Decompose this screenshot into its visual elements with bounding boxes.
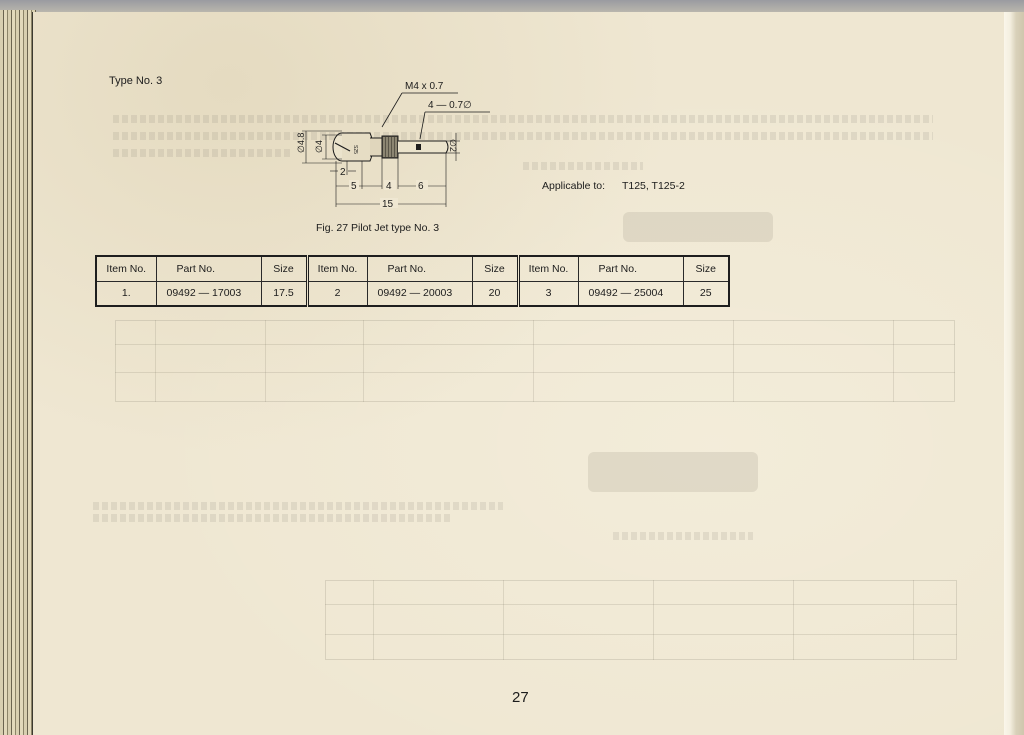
table-header-row: Item No. Part No. Size Item No. Part No.… [96,256,729,281]
callout-diam-inner: ∅4 [314,140,324,153]
header-part-no: Part No. [367,256,472,281]
pilot-jet-diagram-icon: M4 x 0.7 4 — 0.7∅ S25 ∅4.8 ∅4 [270,75,490,220]
callout-len-slot: 2 [340,167,346,178]
parts-table: Item No. Part No. Size Item No. Part No.… [95,255,730,307]
item-no-cell: 2 [307,281,367,306]
callout-orifice: 4 — 0.7∅ [428,100,472,111]
table-row: 1. 09492 — 17003 17.5 2 09492 — 20003 20… [96,281,729,306]
page-right-edge [1004,12,1024,735]
header-item-no: Item No. [518,256,578,281]
callout-len-thread: 4 [386,181,392,192]
section-label: Type No. 3 [109,75,162,87]
applicable-label: Applicable to: [542,180,605,192]
callout-len-total: 15 [382,199,394,210]
part-no-cell: 09492 — 17003 [156,281,261,306]
callout-thread: M4 x 0.7 [405,81,444,92]
item-no-cell: 3 [518,281,578,306]
svg-text:S25: S25 [352,145,358,154]
header-part-no: Part No. [578,256,683,281]
header-item-no: Item No. [96,256,156,281]
figure-caption: Fig. 27 Pilot Jet type No. 3 [316,222,439,234]
applicable-models: Applicable to: T125, T125-2 [542,180,685,192]
page-stack-edge [0,10,36,735]
pilot-jet-drawing: M4 x 0.7 4 — 0.7∅ S25 ∅4.8 ∅4 [270,75,490,220]
header-part-no: Part No. [156,256,261,281]
page-number: 27 [512,689,529,706]
size-cell: 17.5 [261,281,307,306]
catalog-page [32,12,1007,735]
size-cell: 25 [683,281,729,306]
callout-diam-outer: ∅4.8 [296,133,306,153]
scanner-background [0,0,1024,12]
callout-diam-tip: ∅2 [448,139,458,152]
header-item-no: Item No. [307,256,367,281]
header-size: Size [683,256,729,281]
part-no-cell: 09492 — 20003 [367,281,472,306]
callout-len-tip: 6 [418,181,424,192]
header-size: Size [261,256,307,281]
size-cell: 20 [472,281,518,306]
applicable-model-list: T125, T125-2 [622,180,685,192]
part-no-cell: 09492 — 25004 [578,281,683,306]
callout-len-head: 5 [351,181,357,192]
header-size: Size [472,256,518,281]
item-no-cell: 1. [96,281,156,306]
